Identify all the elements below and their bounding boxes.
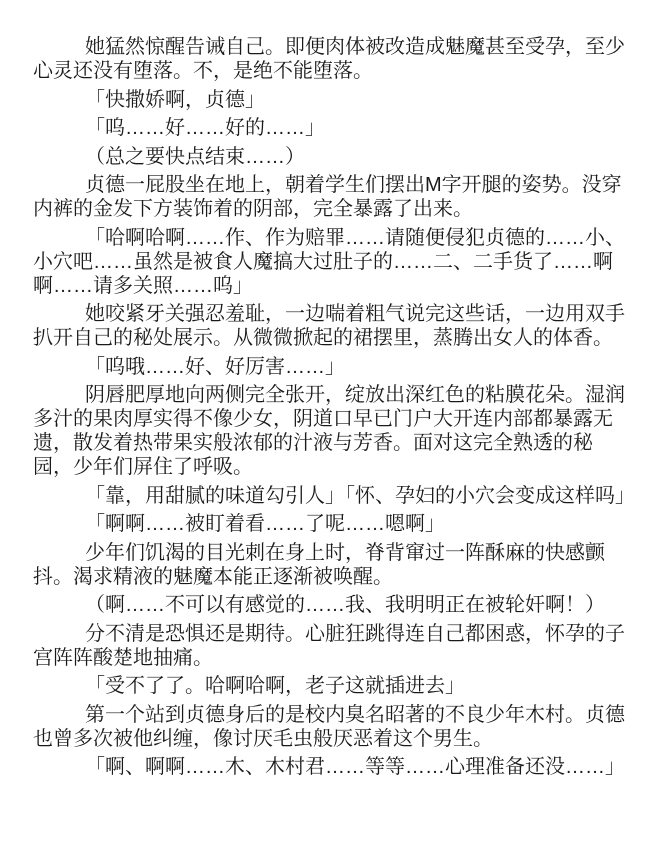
paragraph: 她猛然惊醒告诫自己。即便肉体被改造成魅魔甚至受孕，至少心灵还没有堕落。不，是绝不…	[33, 35, 632, 83]
paragraph: 「哈啊哈啊……作、作为赔罪……请随便侵犯贞德的……小、小穴吧……虽然是被食人魔搞…	[33, 226, 632, 298]
paragraph: 她咬紧牙关强忍羞耻，一边喘着粗气说完这些话，一边用双手扒开自己的秘处展示。从微微…	[33, 302, 632, 350]
paragraph: 分不清是恐惧还是期待。心脏狂跳得连自己都困惑，怀孕的子宫阵阵酸楚地抽痛。	[33, 622, 632, 670]
paragraph: （啊……不可以有感觉的……我、我明明正在被轮奸啊！）	[33, 593, 632, 617]
novel-text-body: 她猛然惊醒告诫自己。即便肉体被改造成魅魔甚至受孕，至少心灵还没有堕落。不，是绝不…	[0, 0, 650, 850]
novel-page: 她猛然惊醒告诫自己。即便肉体被改造成魅魔甚至受孕，至少心灵还没有堕落。不，是绝不…	[0, 0, 650, 850]
paragraph: 「啊、啊啊……木、木村君……等等……心理准备还没……」	[33, 755, 632, 779]
paragraph: 「呜哦……好、好厉害……」	[33, 355, 632, 379]
paragraph: 「快撒娇啊，贞德」	[33, 88, 632, 112]
paragraph: （总之要快点结束……）	[33, 145, 632, 169]
paragraph: 「受不了了。哈啊哈啊，老子这就插进去」	[33, 674, 632, 698]
paragraph: 贞德一屁股坐在地上，朝着学生们摆出M字开腿的姿势。没穿内裤的金发下方装饰着的阴部…	[33, 173, 632, 221]
paragraph: 少年们饥渴的目光刺在身上时，脊背窜过一阵酥麻的快感颤抖。渴求精液的魅魔本能正逐渐…	[33, 541, 632, 589]
paragraph: 「靠，用甜腻的味道勾引人」「怀、孕妇的小穴会变成这样吗」	[33, 484, 632, 508]
paragraph: 「呜……好……好的……」	[33, 116, 632, 140]
paragraph: 阴唇肥厚地向两侧完全张开，绽放出深红色的粘膜花朵。湿润多汁的果肉厚实得不像少女，…	[33, 383, 632, 479]
paragraph: 「啊啊……被盯着看……了呢……嗯啊」	[33, 512, 632, 536]
paragraph: 第一个站到贞德身后的是校内臭名昭著的不良少年木村。贞德也曾多次被他纠缠，像讨厌毛…	[33, 703, 632, 751]
